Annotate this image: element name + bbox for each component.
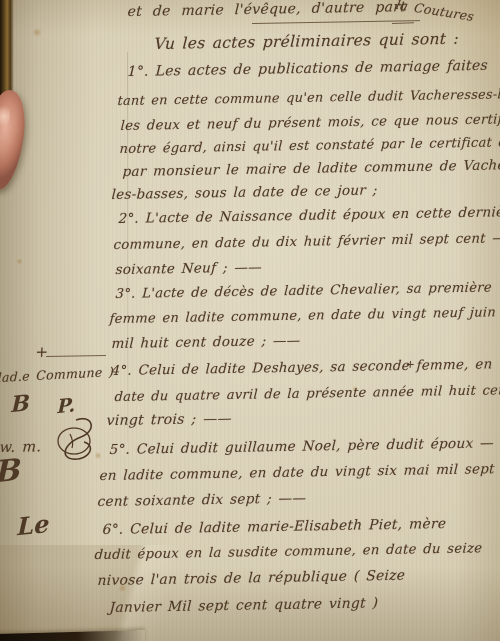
manuscript-line: tant en cette commune qu'en celle dudit … <box>117 86 500 109</box>
manuscript-line: les deux et neuf du présent mois, ce que… <box>120 112 500 134</box>
margin-cross-line <box>46 355 106 357</box>
thumb <box>0 88 31 192</box>
manuscript-line: 6°. Celui de ladite marie-Elisabeth Piet… <box>102 516 447 538</box>
ink-dash <box>392 22 414 24</box>
manuscript-line: date du quatre avril de la présente anné… <box>114 383 500 405</box>
margin-note: lad.e Commune ) <box>0 364 114 385</box>
manuscript-line: les-basses, sous la date de ce jour ; <box>111 182 378 203</box>
insertion-mark: + <box>405 358 415 371</box>
manuscript-line: 3°. L'acte de décès de ladite Chevalier,… <box>115 280 492 302</box>
foxing-spot <box>16 258 23 265</box>
paraphe-monogram-icon <box>50 414 100 470</box>
margin-cross: + <box>35 343 49 361</box>
thumb-highlight <box>0 103 12 131</box>
manuscript-line: cent soixante dix sept ; —— <box>97 490 307 510</box>
manuscript-line: par monsieur le maire de ladite commune … <box>122 156 500 180</box>
paraphe-initial: B <box>0 452 22 490</box>
manuscript-line: 2°. L'acte de Naissance dudit époux en c… <box>118 204 500 227</box>
manuscript-line: 1°. Les actes de publications de mariage… <box>127 58 488 80</box>
section-heading: Vu les actes préliminaires qui sont : <box>154 30 459 53</box>
foxing-spot <box>32 28 42 37</box>
manuscript-line: commune, en date du dix huit février mil… <box>113 231 500 253</box>
manuscript-line: Janvier Mil sept cent quatre vingt ) <box>109 595 379 616</box>
manuscript-line: vingt trois ; —— <box>106 411 232 429</box>
opening-line: et de marie l'évêque, d'autre part <box>127 0 406 20</box>
manuscript-line: soixante Neuf ; —— <box>115 259 262 278</box>
manuscript-line: 4°. Celui de ladite Deshayes, sa seconde… <box>111 357 493 379</box>
manuscript-line: notre égard, ainsi qu'il est constaté pa… <box>119 135 500 157</box>
paraphe-initial: B <box>11 390 30 418</box>
manuscript-photo: la Coutures et de marie l'évêque, d'autr… <box>0 0 500 641</box>
manuscript-line: 5°. Celui dudit guillaume Noel, père dud… <box>109 435 494 458</box>
manuscript-line: mil huit cent douze ; —— <box>111 333 301 352</box>
paraphe-initial: Le <box>17 509 50 542</box>
manuscript-line: femme en ladite commune, en date du ving… <box>109 305 496 327</box>
manuscript-line: en ladite commune, en date du vingt six … <box>99 462 495 484</box>
